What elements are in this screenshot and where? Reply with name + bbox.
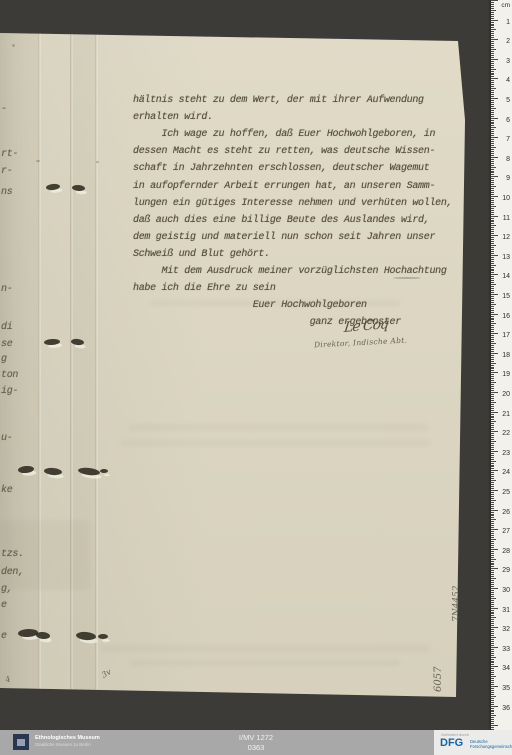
ruler-tick [491,147,496,148]
ruler-tick [491,725,498,726]
ruler-tick [491,141,494,142]
bleedthrough-smudge [100,645,430,652]
ruler-tick [491,525,494,526]
ruler-tick [491,547,494,548]
ruler-tick [491,25,494,26]
ruler-tick [491,494,494,495]
punch-hole [98,634,108,639]
ruler-tick [491,606,494,607]
ruler-tick [491,441,496,442]
ruler-tick [491,627,498,628]
ruler-tick [491,237,494,238]
ruler-tick [491,625,494,626]
ruler-tick [491,267,494,268]
ruler-tick [491,131,494,132]
ruler-number: 6 [498,117,510,124]
ruler-tick [491,512,494,513]
ruler-tick [491,492,494,493]
typed-line: Euer Hochwohlgeboren [133,297,367,314]
ruler-tick [491,457,494,458]
typed-line: in aufopfernder Arbeit errungen hat, an … [133,178,435,195]
ruler-tick [491,453,494,454]
ruler-tick [491,466,494,467]
ruler-tick [491,604,494,605]
ruler-number: 2 [498,38,510,45]
ruler-tick [491,363,496,364]
margin-fragment: r- [1,163,12,180]
ruler-tick [491,304,496,305]
ruler-tick [491,357,494,358]
ruler-tick [491,437,494,438]
ruler-number: 30 [498,587,510,594]
ruler-tick [491,100,494,101]
ruler-tick [491,353,498,354]
ruler-tick [491,123,494,124]
ruler-tick [491,582,494,583]
ruler-tick [491,370,494,371]
ruler-tick [491,421,496,422]
ruler-tick [491,284,496,285]
ruler-tick [491,263,494,264]
ruler-tick [491,92,494,93]
margin-fragment: - [1,101,7,118]
margin-fragment: ton [1,367,18,384]
ruler-tick [491,223,494,224]
ruler-number: 3 [498,58,510,65]
ruler-tick [491,157,498,158]
ruler-tick [491,316,494,317]
ruler-tick [491,678,494,679]
ruler-tick [491,12,494,13]
ruler-tick [491,216,498,217]
ruler-tick [491,472,494,473]
ruler-tick [491,0,498,1]
ruler-number: 24 [498,469,510,476]
ruler-tick [491,686,498,687]
ruler-tick [491,559,496,560]
ruler-tick [491,367,494,368]
typed-line: schaft in Jahrzehnten erschlossen, deuts… [133,160,429,177]
ruler-tick [491,14,494,15]
ruler-tick [491,188,494,189]
ruler-tick [491,184,494,185]
ruler-tick [491,664,494,665]
ruler-tick [491,165,494,166]
ruler-tick [491,35,494,36]
ruler-tick [491,715,496,716]
ruler-number: 31 [498,607,510,614]
ruler-tick [491,541,494,542]
ruler-tick [491,18,494,19]
ruler-tick [491,27,494,28]
ruler-tick [491,84,494,85]
ruler-tick [491,325,494,326]
ruler-tick [491,200,494,201]
margin-fragment: ke [1,482,12,499]
ruler-tick [491,253,494,254]
ruler-tick [491,88,496,89]
ruler-tick [491,69,496,70]
margin-fragment: den, [1,564,24,581]
ruler-tick [491,274,498,275]
ruler-tick [491,227,494,228]
ruler-tick [491,233,494,234]
ruler-tick [491,631,494,632]
ruler-tick [491,98,498,99]
ruler-tick [491,286,494,287]
ruler-tick [491,337,494,338]
ruler-tick [491,269,494,270]
ruler-tick [491,125,494,126]
ruler-tick [491,515,494,516]
ruler-tick [491,610,494,611]
ruler-tick [491,218,494,219]
ruler-tick [491,488,494,489]
ruler-tick [491,594,494,595]
ruler-tick [491,480,496,481]
typed-line: Schweiß und Blut gehört. [133,246,270,263]
ruler-tick [491,429,494,430]
ruler-tick [491,153,494,154]
ruler-tick [491,694,494,695]
ruler-tick [491,114,494,115]
ruler-tick [491,255,498,256]
ruler-tick [491,398,494,399]
ruler-tick [491,265,496,266]
ruler-tick [491,394,494,395]
typed-line: daß auch dies eine billige Beute des Aus… [133,212,429,229]
margin-fragment: g [1,351,7,368]
ruler-tick [491,465,494,466]
margin-fragment: di [1,319,12,336]
ruler-tick [491,155,494,156]
ruler-tick [491,333,498,334]
ruler-tick [491,270,494,271]
ink-speck [12,44,15,47]
ruler-tick [491,202,494,203]
page-edge-line [95,33,98,693]
ruler-tick [491,137,498,138]
ruler-tick [491,617,496,618]
ruler-tick [491,102,494,103]
ruler-tick [491,435,494,436]
ink-speck [96,161,99,163]
ruler-tick [491,717,494,718]
ruler-tick [491,174,494,175]
ruler-tick [491,431,498,432]
ruler-tick [491,713,494,714]
ruler-tick [491,680,494,681]
ruler-number: 10 [498,195,510,202]
ruler-tick [491,649,494,650]
ruler-tick [491,145,494,146]
ruler-tick [491,498,494,499]
ruler-tick [491,8,494,9]
ruler-tick [491,551,494,552]
ruler-tick [491,592,494,593]
ruler-tick [491,225,496,226]
scanned-letter-page: hältnis steht zu dem Wert, der mit ihrer… [0,0,512,755]
ruler-tick [491,657,496,658]
ruler-tick [491,247,494,248]
ruler-tick [491,676,496,677]
ruler-tick [491,521,494,522]
ruler-number: 20 [498,391,510,398]
ruler-tick [491,341,494,342]
ruler-tick [491,416,494,417]
ruler-tick [491,288,494,289]
ruler-tick [491,590,494,591]
ruler-tick [491,451,498,452]
ruler-tick [491,208,494,209]
ruler-tick [491,621,494,622]
ruler-tick [491,721,494,722]
ruler-tick [491,613,494,614]
ruler-tick [491,545,494,546]
ruler-tick [491,347,494,348]
ruler-tick [491,574,494,575]
ruler-tick [491,180,494,181]
ruler-tick [491,310,494,311]
ruler-tick [491,396,494,397]
ruler-tick [491,555,494,556]
ruler-tick [491,708,494,709]
ruler-number: 34 [498,665,510,672]
ruler-tick [491,484,494,485]
dfg-logo-patch: Gefördert durch DFG Deutsche Forschungsg… [434,730,512,755]
ruler-tick [491,331,494,332]
ruler-tick [491,349,494,350]
ruler-tick [491,629,494,630]
ruler-tick [491,329,494,330]
ruler-tick [491,16,494,17]
ruler-tick [491,682,494,683]
ruler-tick [491,53,494,54]
ruler-tick [491,94,494,95]
ruler-tick [491,576,494,577]
bleedthrough-smudge [130,660,400,666]
ruler-tick [491,302,494,303]
ruler-tick [491,535,494,536]
ruler-tick [491,82,494,83]
ruler-tick [491,71,494,72]
ruler-tick [491,412,498,413]
ruler-tick [491,206,496,207]
ruler-tick [491,406,494,407]
page-edge-line [70,33,73,693]
ruler-tick [491,96,494,97]
ruler-tick [491,482,494,483]
footer-bar: Ethnologisches Museum Staatliche Museen … [0,730,512,755]
ruler-tick [491,345,494,346]
ruler-tick [491,392,498,393]
page-edge-line [38,33,41,693]
ruler-tick [491,368,494,369]
ruler-tick [491,343,496,344]
ruler-tick [491,6,494,7]
ruler-tick [491,149,494,150]
ruler-tick [491,539,496,540]
ruler-tick [491,635,494,636]
ruler-tick [491,176,498,177]
underlying-page-strip [70,0,95,755]
ruler-tick [491,702,494,703]
ruler-tick [491,692,494,693]
ruler-tick [491,57,494,58]
ruler-number: 9 [498,175,510,182]
measurement-ruler: cm 1234567891011121314151617181920212223… [491,0,512,730]
ruler-tick [491,459,494,460]
punch-hole [100,469,108,473]
ruler-tick [491,698,494,699]
ruler-tick [491,61,494,62]
ruler-tick [491,514,494,515]
ruler-tick [491,221,494,222]
ruler-tick [491,414,494,415]
ruler-tick [491,653,494,654]
typed-line: habe ich die Ehre zu sein [133,280,276,297]
ruler-tick [491,76,494,77]
ruler-tick [491,580,494,581]
ruler-tick [491,461,496,462]
ruler-tick [491,104,494,105]
ruler-tick [491,235,498,236]
ruler-tick [491,241,494,242]
ruler-tick [491,723,494,724]
ruler-tick [491,382,496,383]
ruler-tick [491,572,494,573]
ruler-tick [491,41,494,42]
typed-line: lungen ein gütiges Interesse nehmen und … [133,195,452,212]
ruler-tick [491,517,494,518]
ruler-number: 28 [498,548,510,555]
ruler-tick [491,374,494,375]
ruler-tick [491,276,494,277]
ruler-tick [491,543,494,544]
ruler-tick [491,615,494,616]
ruler-tick [491,167,496,168]
pencil-annotation: 6057 [433,667,444,692]
bleedthrough-smudge [128,424,428,431]
ruler-tick [491,533,494,534]
ruler-tick [491,500,496,501]
ruler-tick [491,314,498,315]
ruler-tick [491,272,494,273]
typed-line: erhalten wird. [133,109,213,126]
ruler-tick [491,523,494,524]
ruler-tick [491,296,494,297]
ruler-tick [491,478,494,479]
ruler-tick [491,476,494,477]
ruler-number: 14 [498,273,510,280]
ruler-tick [491,490,498,491]
ruler-tick [491,553,494,554]
ruler-tick [491,470,498,471]
typed-line: Mit dem Ausdruck meiner vorzüglichsten H… [133,263,447,280]
underlying-page-strip [38,0,70,755]
ruler-tick [491,229,494,230]
ruler-tick [491,220,494,221]
ruler-tick [491,306,494,307]
ruler-tick [491,261,494,262]
ruler-number: 27 [498,528,510,535]
ruler-tick [491,402,496,403]
ruler-tick [491,196,498,197]
ruler-tick [491,365,494,366]
ruler-tick [491,557,494,558]
ruler-tick [491,73,494,74]
ruler-tick [491,668,494,669]
typed-line: dessen Macht es steht zu retten, was deu… [133,143,435,160]
ruler-tick [491,662,494,663]
margin-fragment: ig- [1,383,18,400]
ruler-tick [491,120,494,121]
ruler-tick [491,159,494,160]
ruler-tick [491,690,494,691]
scan-viewer-page: hältnis steht zu dem Wert, der mit ihrer… [0,0,512,755]
ruler-number: 15 [498,293,510,300]
ruler-tick [491,278,494,279]
ruler-tick [491,378,494,379]
ruler-tick [491,390,494,391]
ruler-tick [491,504,494,505]
ruler-tick [491,372,498,373]
ruler-tick [491,619,494,620]
margin-fragment: e [1,597,7,614]
ruler-tick [491,519,496,520]
ruler-tick [491,192,494,193]
ruler-tick [491,600,494,601]
ruler-tick [491,280,494,281]
ruler-tick [491,319,494,320]
ruler-tick [491,43,494,44]
ruler-tick [491,74,494,75]
ruler-tick [491,643,494,644]
ruler-tick [491,300,494,301]
ruler-tick [491,257,494,258]
ruler-tick [491,417,494,418]
ruler-tick [491,243,494,244]
ruler-tick [491,251,494,252]
ruler-tick [491,537,494,538]
ruler-tick [491,31,494,32]
ruler-number: 19 [498,371,510,378]
ruler-tick [491,29,496,30]
ruler-number: 29 [498,567,510,574]
ruler-tick [491,2,494,3]
ruler-tick [491,198,494,199]
ruler-tick [491,443,494,444]
ruler-tick [491,661,494,662]
ruler-tick [491,214,494,215]
ruler-number: 17 [498,332,510,339]
ruler-tick [491,308,494,309]
ruler-tick [491,586,494,587]
ruler-tick [491,674,494,675]
ruler-tick [491,439,494,440]
ruler-tick [491,427,494,428]
ruler-tick [491,529,498,530]
ruler-tick [491,645,494,646]
ruler-tick [491,449,494,450]
ruler-number: 4 [498,77,510,84]
ruler-number: 8 [498,156,510,163]
ruler-tick [491,564,494,565]
ruler-tick [491,212,494,213]
ruler-number: 35 [498,685,510,692]
ruler-number: 23 [498,450,510,457]
ruler-tick [491,47,494,48]
